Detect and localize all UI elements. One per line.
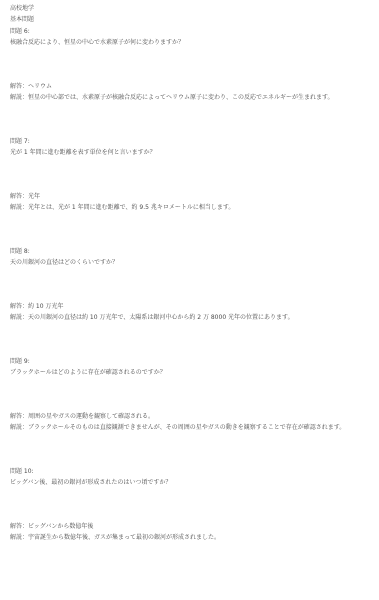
question-text: 核融合反応により、恒星の中心で水素原子が何に変わりますか？ [10,39,184,47]
question-label: 問題 8: [10,248,30,256]
explanation-text: 解説：ブラックホールそのものは直接観測できませんが、その周囲の星やガスの動きを観… [10,424,345,432]
answer-text: 解答：約 10 万光年 [10,303,63,311]
explanation-text: 解説：光年とは、光が 1 年間に進む距離で、約 9.5 兆キロメートルに相当しま… [10,204,234,212]
question-label: 問題 7: [10,138,30,146]
explanation-text: 解説：恒星の中心部では、水素原子が核融合反応によってヘリウム原子に変わり、この反… [10,94,333,102]
answer-text: 解答：ヘリウム [10,83,52,91]
answer-text: 解答：周囲の星やガスの運動を観察して確認される。 [10,413,154,421]
answer-text: 解答：光年 [10,193,40,201]
question-label: 問題 6: [10,28,30,36]
level-title: 基本問題 [10,16,34,24]
question-text: 天の川銀河の直径はどのくらいですか？ [10,259,118,267]
explanation-text: 解説：天の川銀河の直径は約 10 万光年で、太陽系は銀河中心から約 2 万 80… [10,314,294,322]
explanation-text: 解説：宇宙誕生から数億年後、ガスが集まって最初の銀河が形成されました。 [10,534,220,542]
question-text: ビッグバン後、最初の銀河が形成されたのはいつ頃ですか？ [10,479,171,487]
question-text: 光が 1 年間に進む距離を表す単位を何と言いますか？ [10,149,156,157]
answer-text: 解答：ビッグバンから数億年後 [10,523,93,531]
question-text: ブラックホールはどのように存在が確認されるのですか？ [10,369,166,377]
question-label: 問題 10: [10,468,34,476]
question-label: 問題 9: [10,358,30,366]
subject-title: 高校地学 [10,5,34,13]
